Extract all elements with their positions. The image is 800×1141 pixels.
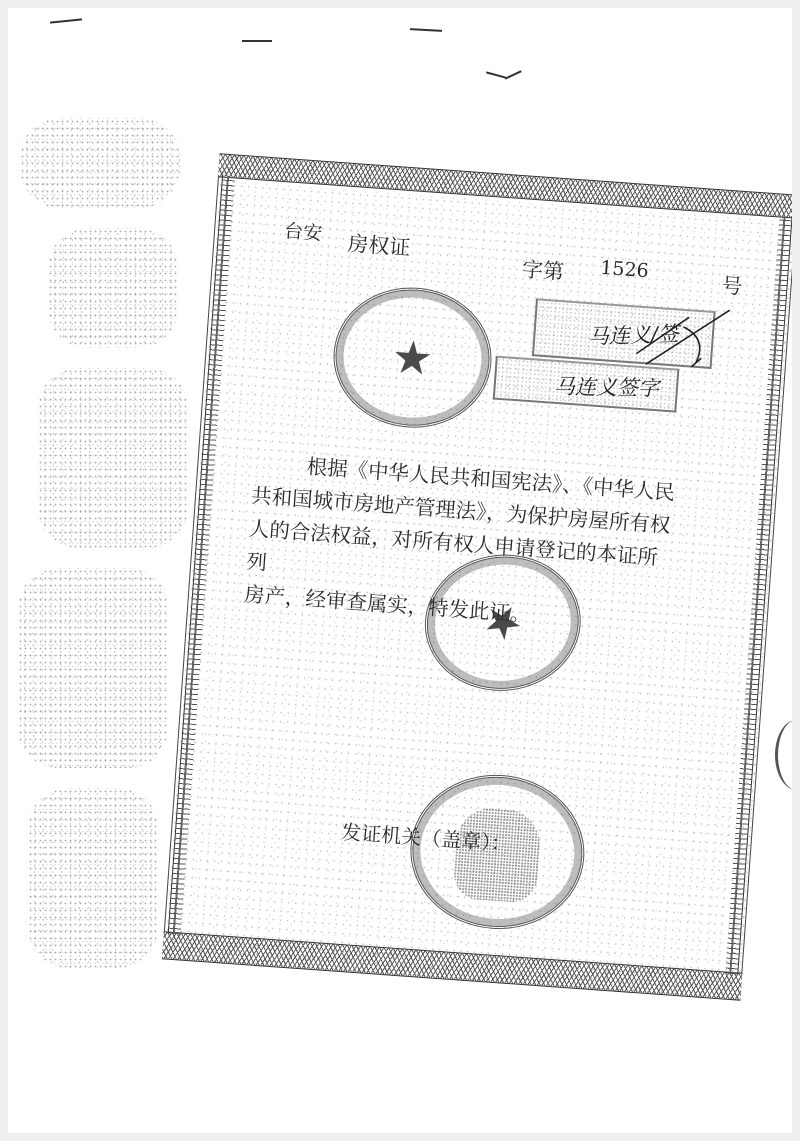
scan-noise xyxy=(28,788,158,968)
scanned-page: 台安 房权证 字第 1526 号 ★ 马连义/签 马连义签字 ★ 根据《中华人民… xyxy=(8,8,792,1133)
scan-mark xyxy=(486,71,506,78)
signature-strokes xyxy=(625,293,740,381)
number-prefix: 字第 xyxy=(521,253,565,286)
certificate-number: 1526 xyxy=(600,257,650,282)
scan-mark xyxy=(50,18,82,23)
partial-seal-edge xyxy=(775,720,792,790)
scan-noise xyxy=(38,368,188,548)
county-name: 台安 xyxy=(283,216,323,246)
scan-mark xyxy=(410,28,442,31)
certificate-body-text: 根据《中华人民共和国宪法》、《中华人民 共和国城市房地产管理法》，为保护房屋所有… xyxy=(243,447,684,642)
scan-noise xyxy=(20,118,180,208)
number-suffix: 号 xyxy=(720,270,743,301)
certificate-title: 房权证 xyxy=(346,228,411,262)
scan-mark xyxy=(242,40,272,42)
scan-noise xyxy=(48,228,178,348)
star-icon: ★ xyxy=(390,329,435,386)
scan-noise xyxy=(18,568,168,768)
scan-mark xyxy=(505,70,522,79)
certificate-frame: 台安 房权证 字第 1526 号 ★ 马连义/签 马连义签字 ★ 根据《中华人民… xyxy=(162,153,792,1000)
handwritten-signature: 马连义签字 xyxy=(554,371,660,403)
